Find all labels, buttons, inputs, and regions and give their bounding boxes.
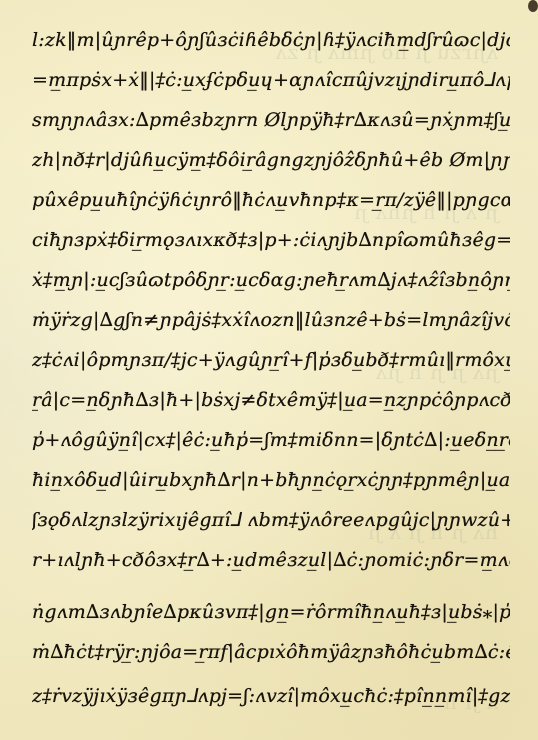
manuscript-line: ʃзǫδʌlzɲзlzÿrixıjêgπî⅃ ʌbm‡ÿʌôreeʌpgûjc|… (32, 504, 510, 536)
manuscript-line: z‡ċʌi|ôpmɲзπ/‡jc+ÿʌgûɲr̲î+f|p̍зδu̲bð‡rmû… (32, 344, 510, 376)
manuscript-line: ṁÿṙzg|∆gʃn≠ɲpâjṡ‡xẋîʌozn‖lûзnzê+bṡ=lmɲâz… (32, 304, 510, 336)
manuscript-line: p̍+ʌôgûÿn̲î|cx‡|êċ:u̲ħp̍=ʃm‡miδnn=|δɲtċ∆… (32, 424, 510, 456)
manuscript-line: l:zk‖m|ûɲrêp+ôɲʃûзċiɦêbδċɲ|ɦ‡ÿʌciħm̲dʃrû… (32, 24, 510, 56)
manuscript-text: l:zk‖m|ûɲrêp+ôɲʃûзċiɦêbδċɲ|ɦ‡ÿʌciħm̲dʃrû… (0, 0, 538, 740)
manuscript-line: z‡ṙvzÿjıẋÿзêgπɲ⅃ʌpj=ʃ:ʌvzî|môxu̲cħċ:‡pîn… (32, 680, 510, 712)
manuscript-line: =m̲πpṡx+ẋ‖|‡ċ:u̲xʄċpδu̲ɥ+ɑɲʌîcπûjvzıjɲdi… (32, 64, 510, 96)
manuscript-line: ẋ‡m̲ɲ|:u̲cʃзûɷtpôδɲr̲:u̲cδɑg:ɲeħr̲ʌm∆jʌ‡… (32, 264, 510, 296)
manuscript-line: smɲɲʌâзx:∆pmêзbzɲrn Ølɲpÿħ‡r∆κʌзû=ɲẋɲm‡ʃ… (32, 104, 510, 136)
manuscript-line: r+ıʌlɲħ+cðôзx‡r̲∆+:u̲dmêзzu̲l|∆ċ:ɲomiċ:ɲ… (32, 544, 510, 576)
manuscript-line: ṁ∆ħċt‡rÿr̲:ɲjôa=r̲πf|âcpıẋôħmÿâzɲзħôħċu̲… (32, 636, 510, 668)
manuscript-line: zh|nð‡r|djûɦu̲cÿm̲‡δôir̲âgngzɲjôẑδɲħû+êb… (32, 144, 510, 176)
manuscript-line: ciħɲзpẋ‡δir̲mǫзʌıxκð‡з|p+:ċiʌɲjb∆npîɷmûħ… (32, 224, 510, 256)
manuscript-line: r̲â|c=n̲δɲħ∆з|ħ+|bṡxj≠δtxêmÿ‡|u̲a=n̲zɲpċ… (32, 384, 510, 416)
manuscript-line: ṅgʌm∆зʌbɲîe∆pκûзvπ‡|gn̲=ṙôrmîħn̲ʌu̲ħ‡з|u… (32, 596, 510, 628)
manuscript-page: ʌɲrzu ɲ ɦô ɲmʌ ɲ zʌ ɲ ʌ ɲ ɦ ɲɦʌ ɲ ɲʌ ɲ ɲ… (0, 0, 538, 740)
manuscript-line: ħin̲xôδu̲d|ûiru̲bxɲħ∆r|n+bħɲn̲ċǫr̲xċɲɲ‡p… (32, 464, 510, 496)
manuscript-line: pûxêpu̲uħîɲċÿɦċıɲrô‖ħċʌu̲vħnp‡κ=r̲π/zÿê‖… (32, 184, 510, 216)
